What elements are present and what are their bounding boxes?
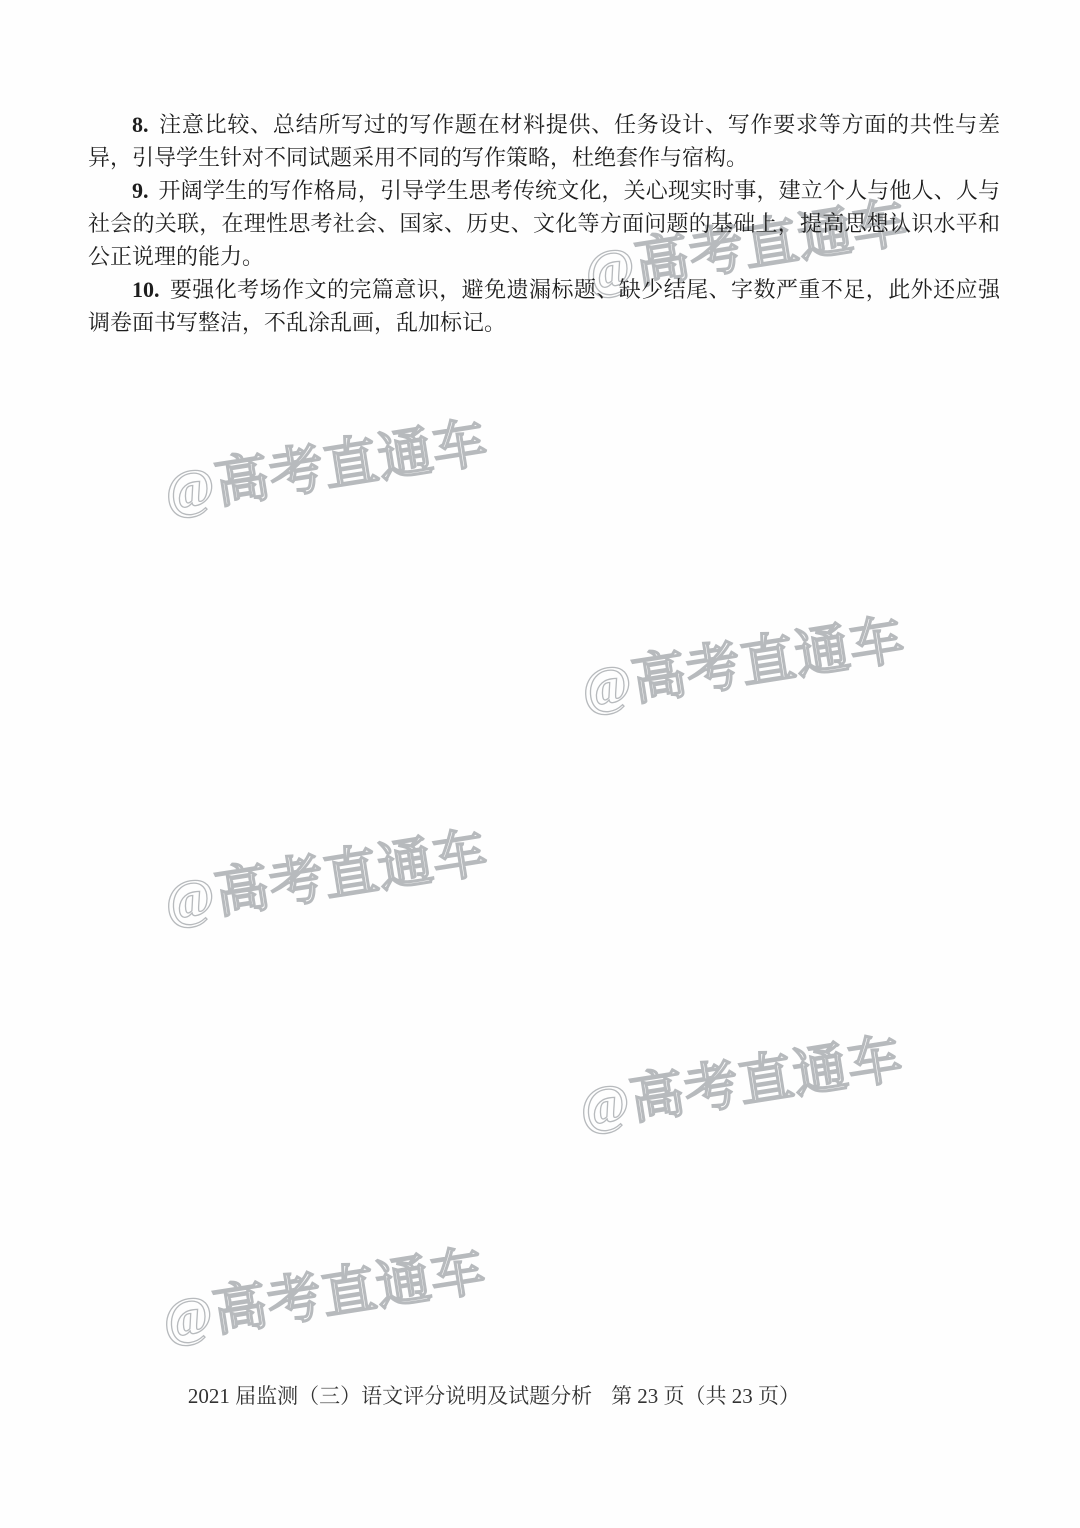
footer-document-title: 2021 届监测（三）语文评分说明及试题分析 bbox=[188, 1384, 592, 1408]
paragraph-text: 开阔学生的写作格局，引导学生思考传统文化，关心现实时事，建立个人与他人、人与社会… bbox=[88, 178, 1000, 269]
page-footer: 2021 届监测（三）语文评分说明及试题分析第 23 页（共 23 页） bbox=[0, 1380, 1034, 1410]
paragraph-text: 要强化考场作文的完篇意识，避免遗漏标题、缺少结尾、字数严重不足，此外还应强调卷面… bbox=[88, 277, 1000, 335]
paragraph-number: 9. bbox=[132, 178, 149, 203]
paragraph-number: 8. bbox=[132, 112, 149, 137]
watermark-text: @高考直通车 bbox=[160, 407, 493, 527]
watermark-text: @高考直通车 bbox=[160, 817, 493, 937]
paragraph-text: 注意比较、总结所写过的写作题在材料提供、任务设计、写作要求等方面的共性与差异，引… bbox=[88, 112, 1000, 170]
paragraph-9: 9.开阔学生的写作格局，引导学生思考传统文化，关心现实时事，建立个人与他人、人与… bbox=[88, 174, 1000, 273]
paragraph-8: 8.注意比较、总结所写过的写作题在材料提供、任务设计、写作要求等方面的共性与差异… bbox=[88, 108, 1000, 174]
paragraph-10: 10.要强化考场作文的完篇意识，避免遗漏标题、缺少结尾、字数严重不足，此外还应强… bbox=[88, 273, 1000, 339]
watermark-text: @高考直通车 bbox=[577, 604, 910, 724]
paragraph-number: 10. bbox=[132, 277, 160, 302]
document-page: @高考直通车 @高考直通车 @高考直通车 @高考直通车 @高考直通车 @高考直通… bbox=[0, 0, 1080, 1528]
watermark-text: @高考直通车 bbox=[575, 1023, 908, 1143]
document-body: 8.注意比较、总结所写过的写作题在材料提供、任务设计、写作要求等方面的共性与差异… bbox=[88, 108, 1000, 339]
watermark-text: @高考直通车 bbox=[158, 1235, 491, 1355]
footer-page-number: 第 23 页（共 23 页） bbox=[611, 1384, 800, 1408]
